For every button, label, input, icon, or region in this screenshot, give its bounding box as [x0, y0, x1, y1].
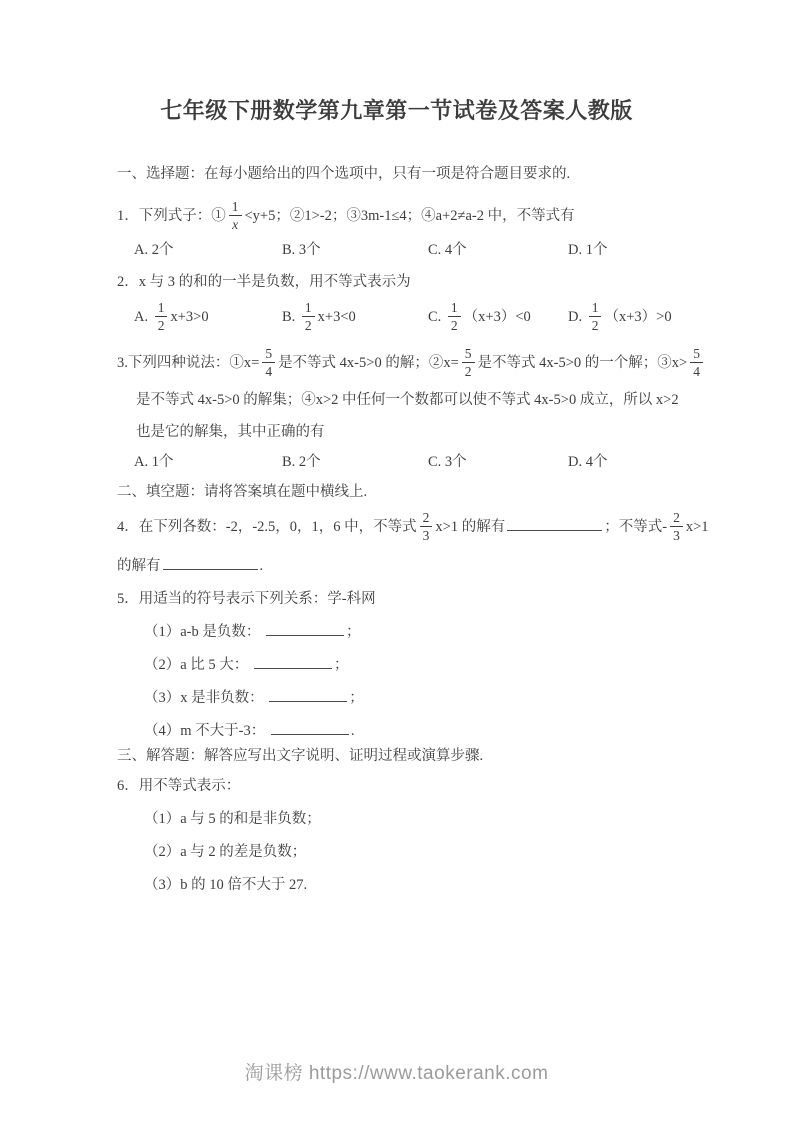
text-run: （x+3）<0 — [464, 309, 531, 325]
question-4-text-line2: 的解有. — [117, 554, 727, 578]
question-5-item-3: （3）x 是非负数： ； — [144, 687, 727, 709]
text-run: （3）b 的 10 倍不大于 27. — [144, 877, 307, 893]
text-run: 2．x 与 3 的和的一半是负数，用不等式表示为 — [117, 274, 411, 290]
text-run: D. — [568, 309, 586, 325]
text-run: . — [260, 558, 264, 574]
text-run: 是不等式 4x-5>0 的解集；④x>2 中任何一个数都可以使不等式 4x-5>… — [136, 392, 679, 408]
question-1-option-b: B. 3个 — [282, 239, 321, 261]
text-run: 6．用不等式表示： — [117, 778, 240, 794]
text-run: A. 2个 — [134, 242, 173, 258]
text-run: <y+5；②1>-2；③3m-1≤4；④a+2≠a-2 中，不等式有 — [245, 208, 575, 224]
text-run: （3）x 是非负数： — [144, 690, 267, 706]
text-run: B. 3个 — [282, 242, 321, 258]
section-answer-heading: 三、解答题：解答应写出文字说明、证明过程或演算步骤. — [117, 745, 727, 767]
text-run: 5．用适当的符号表示下列关系：学-科网 — [117, 591, 376, 607]
text-run: （2）a 比 5 大： — [144, 657, 252, 673]
question-1-text: 1．下列式子：①1x<y+5；②1>-2；③3m-1≤4；④a+2≠a-2 中，… — [117, 193, 727, 239]
answer-blank — [507, 528, 602, 531]
text-run: 的解有 — [117, 558, 161, 574]
question-3-option-d: D. 4个 — [568, 451, 607, 473]
fraction: 54 — [262, 346, 275, 379]
question-3-options: A. 1个 B. 2个 C. 3个 D. 4个 — [117, 451, 727, 473]
text-run: C. 3个 — [428, 454, 467, 470]
text-run: 是不等式 4x-5>0 的解；②x= — [278, 355, 459, 371]
question-2-options: A. 12x+3>0 B. 12x+3<0 C. 12（x+3）<0 D. 12… — [117, 294, 727, 340]
question-6-item-2: （2）a 与 2 的差是负数； — [144, 841, 727, 863]
fraction: 23 — [670, 510, 683, 543]
footer-site-text: 淘课榜 https://www.taokerank.com — [245, 1063, 549, 1084]
question-2-option-a: A. 12x+3>0 — [134, 294, 209, 340]
answer-blank — [266, 633, 344, 636]
question-5-item-2: （2）a 比 5 大： ； — [144, 654, 727, 676]
answer-blank — [271, 732, 349, 735]
text-run: （x+3）>0 — [604, 309, 671, 325]
fraction: 12 — [589, 300, 602, 333]
text-run: ；不等式- — [604, 519, 667, 535]
fraction: 12 — [448, 300, 461, 333]
answer-blank — [269, 699, 347, 702]
text-run: ； — [334, 657, 349, 673]
text-run: ； — [349, 690, 364, 706]
text-run: （2）a 与 2 的差是负数； — [144, 844, 306, 860]
text-run: x>1 — [686, 519, 709, 535]
answer-blank — [254, 666, 332, 669]
text-run: . — [351, 723, 355, 739]
fraction: 12 — [155, 300, 168, 333]
question-6-text: 6．用不等式表示： — [117, 775, 727, 797]
question-4-text-line1: 4．在下列各数：-2，-2.5，0，1，6 中，不等式23x>1 的解有；不等式… — [117, 504, 727, 550]
question-2-option-d: D. 12（x+3）>0 — [568, 294, 672, 340]
question-1-option-d: D. 1个 — [568, 239, 607, 261]
question-3-text-line2: 是不等式 4x-5>0 的解集；④x>2 中任何一个数都可以使不等式 4x-5>… — [136, 389, 727, 411]
text-run: A. — [134, 309, 152, 325]
text-run: ； — [346, 624, 361, 640]
text-run: D. 4个 — [568, 454, 607, 470]
text-run: x>1 的解有 — [435, 519, 505, 535]
fraction: 23 — [420, 510, 433, 543]
text-run: x+3>0 — [170, 309, 208, 325]
fraction: 12 — [302, 300, 315, 333]
question-5-item-1: （1）a-b 是负数： ； — [144, 621, 727, 643]
fraction: 52 — [462, 346, 475, 379]
question-5-item-4: （4）m 不大于-3： . — [144, 720, 727, 742]
question-3-text-line3: 也是它的解集，其中正确的有 — [136, 421, 727, 443]
question-3-option-a: A. 1个 — [134, 451, 173, 473]
text-run: C. — [428, 309, 445, 325]
text-run: 1．下列式子：① — [117, 208, 226, 224]
fraction: 1x — [229, 199, 242, 232]
question-3-option-c: C. 3个 — [428, 451, 467, 473]
text-run: 是不等式 4x-5>0 的一个解；③x> — [478, 355, 688, 371]
question-2-option-b: B. 12x+3<0 — [282, 294, 356, 340]
text-run: 也是它的解集，其中正确的有 — [136, 424, 325, 440]
question-6-item-3: （3）b 的 10 倍不大于 27. — [144, 874, 727, 896]
fraction: 54 — [690, 346, 703, 379]
question-6-item-1: （1）a 与 5 的和是非负数； — [144, 808, 727, 830]
text-run: D. 1个 — [568, 242, 607, 258]
text-run: C. 4个 — [428, 242, 467, 258]
page-title: 七年级下册数学第九章第一节试卷及答案人教版 — [0, 0, 793, 125]
question-3-text-line1: 3.下列四种说法：①x=54是不等式 4x-5>0 的解；②x=52是不等式 4… — [117, 340, 727, 386]
paper-content: 一、选择题：在每小题给出的四个选项中，只有一项是符合题目要求的. 1．下列式子：… — [117, 163, 727, 896]
question-2-text: 2．x 与 3 的和的一半是负数，用不等式表示为 — [117, 271, 727, 293]
question-1-options: A. 2个 B. 3个 C. 4个 D. 1个 — [117, 239, 727, 261]
answer-blank — [163, 567, 258, 570]
text-run: B. — [282, 309, 299, 325]
question-3-option-b: B. 2个 — [282, 451, 321, 473]
section-choice-heading: 一、选择题：在每小题给出的四个选项中，只有一项是符合题目要求的. — [117, 163, 727, 185]
section-fill-heading: 二、填空题：请将答案填在题中横线上. — [117, 481, 727, 503]
footer-watermark: 淘课榜 https://www.taokerank.com — [0, 1058, 793, 1085]
text-run: （1）a 与 5 的和是非负数； — [144, 811, 321, 827]
text-run: 3.下列四种说法：①x= — [117, 355, 259, 371]
question-1-option-a: A. 2个 — [134, 239, 173, 261]
question-2-option-c: C. 12（x+3）<0 — [428, 294, 531, 340]
text-run: （1）a-b 是负数： — [144, 624, 264, 640]
text-run: （4）m 不大于-3： — [144, 723, 269, 739]
test-paper-page: 七年级下册数学第九章第一节试卷及答案人教版 一、选择题：在每小题给出的四个选项中… — [0, 0, 793, 896]
text-run: B. 2个 — [282, 454, 321, 470]
text-run: 4．在下列各数：-2，-2.5，0，1，6 中，不等式 — [117, 519, 417, 535]
text-run: x+3<0 — [318, 309, 356, 325]
question-1-option-c: C. 4个 — [428, 239, 467, 261]
question-5-text: 5．用适当的符号表示下列关系：学-科网 — [117, 588, 727, 610]
text-run: A. 1个 — [134, 454, 173, 470]
